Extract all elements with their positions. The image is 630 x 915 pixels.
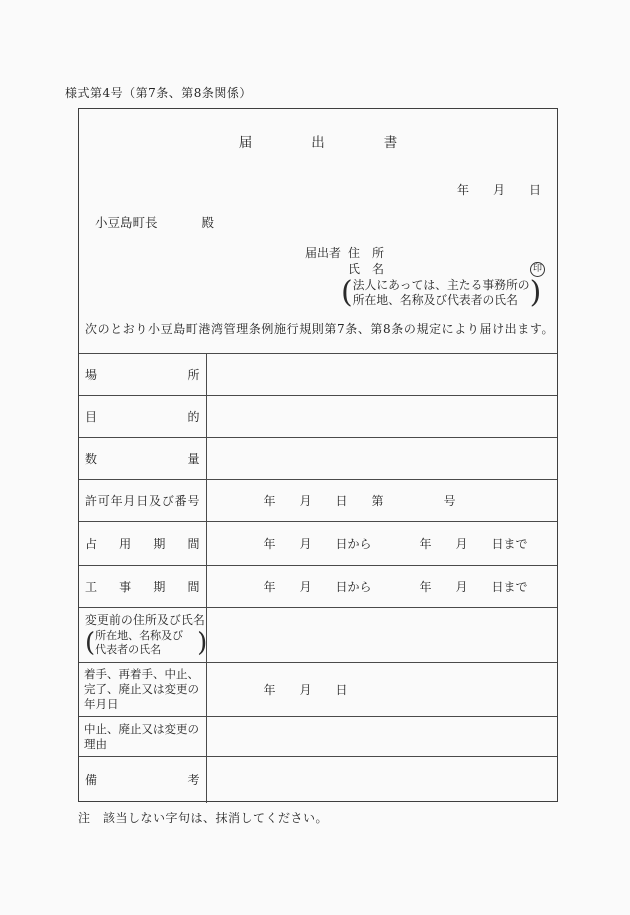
label-reason: 中止、廃止又は変更の理由 — [79, 717, 206, 757]
label-commencement-date: 着手、再着手、中止、完了、廃止又は変更の年月日 — [79, 663, 206, 717]
label-previous-address-name: 変更前の住所及び氏名 ( 所在地、名称及び 代表者の氏名 ) — [79, 608, 206, 663]
form-page: 様式第4号（第7条、第8条関係） 届出書 年 月 日 小豆島町長殿 届出者住 所… — [0, 0, 630, 915]
previous-address-name-title: 変更前の住所及び氏名 — [85, 613, 200, 628]
label-occupation-period: 占 用 期 間 — [79, 522, 206, 566]
previous-address-name-note-lines: 所在地、名称及び 代表者の氏名 — [95, 629, 183, 657]
addressee-line: 小豆島町長殿 — [79, 215, 557, 231]
table-row-previous-address-name: 変更前の住所及び氏名 ( 所在地、名称及び 代表者の氏名 ) — [79, 608, 557, 663]
field-permit-date-number: 年 月 日 第 号 — [206, 480, 557, 522]
form-title-text: 届出書 — [239, 135, 457, 151]
corporate-note-line2: 所在地、名称及び代表者の氏名 — [353, 293, 530, 308]
table-row-purpose: 目 的 — [79, 396, 557, 438]
table-row-commencement-date: 着手、再着手、中止、完了、廃止又は変更の年月日 年 月 日 — [79, 663, 557, 717]
form-table: 場 所 目 的 数 量 許可年月日及び番号 年 月 日 第 号 占 用 期 間 … — [79, 353, 557, 803]
table-row-quantity: 数 量 — [79, 438, 557, 480]
form-code: 様式第4号（第7条、第8条関係） — [65, 84, 252, 101]
date-line: 年 月 日 — [79, 182, 557, 198]
applicant-address-label: 住 所 — [348, 246, 384, 260]
label-place: 場 所 — [79, 354, 206, 396]
field-occupation-period: 年 月 日から 年 月 日まで — [206, 522, 557, 566]
applicant-label: 届出者 — [305, 246, 341, 260]
corporate-note: ( 法人にあっては、主たる事務所の 所在地、名称及び代表者の氏名 ) — [341, 278, 551, 308]
label-construction-period: 工 事 期 間 — [79, 566, 206, 608]
previous-address-name-note: ( 所在地、名称及び 代表者の氏名 ) — [85, 629, 200, 657]
table-row-occupation-period: 占 用 期 間 年 月 日から 年 月 日まで — [79, 522, 557, 566]
label-permit-date-number: 許可年月日及び番号 — [79, 480, 206, 522]
field-purpose — [206, 396, 557, 438]
field-reason — [206, 717, 557, 757]
footer-note: 注 該当しない字句は、抹消してください。 — [78, 810, 328, 826]
form-title: 届出書 — [79, 135, 557, 152]
open-paren: ( — [85, 630, 95, 656]
open-paren: ( — [341, 278, 353, 308]
previous-address-note-line1: 所在地、名称及び — [95, 629, 183, 643]
label-remarks: 備 考 — [79, 757, 206, 803]
field-construction-period: 年 月 日から 年 月 日まで — [206, 566, 557, 608]
previous-address-note-line2: 代表者の氏名 — [95, 643, 183, 657]
table-row-permit-date-number: 許可年月日及び番号 年 月 日 第 号 — [79, 480, 557, 522]
table-row-place: 場 所 — [79, 354, 557, 396]
close-paren: ) — [197, 630, 207, 656]
table-row-reason: 中止、廃止又は変更の理由 — [79, 717, 557, 757]
addressee-honorific: 殿 — [202, 215, 215, 230]
corporate-note-line1: 法人にあっては、主たる事務所の — [353, 278, 530, 293]
field-previous-address-name — [206, 608, 557, 663]
table-row-construction-period: 工 事 期 間 年 月 日から 年 月 日まで — [79, 566, 557, 608]
table-row-remarks: 備 考 — [79, 757, 557, 803]
label-quantity: 数 量 — [79, 438, 206, 480]
field-remarks — [206, 757, 557, 803]
field-place — [206, 354, 557, 396]
corporate-note-lines: 法人にあっては、主たる事務所の 所在地、名称及び代表者の氏名 — [353, 278, 530, 308]
form-box: 届出書 年 月 日 小豆島町長殿 届出者住 所 氏 名 印 ( 法人にあっては、… — [78, 108, 558, 802]
applicant-block: 届出者住 所 氏 名 印 ( 法人にあっては、主たる事務所の 所在地、名称及び代… — [305, 245, 551, 308]
declaration-sentence: 次のとおり小豆島町港湾管理条例施行規則第7条、第8条の規定により届け出ます。 — [79, 321, 557, 337]
label-purpose: 目 的 — [79, 396, 206, 438]
close-paren: ) — [530, 278, 542, 308]
applicant-name-label: 氏 名 — [348, 261, 384, 277]
addressee-name: 小豆島町長 — [95, 215, 158, 230]
field-commencement-date: 年 月 日 — [206, 663, 557, 717]
applicant-address-line: 届出者住 所 — [305, 245, 551, 261]
field-quantity — [206, 438, 557, 480]
